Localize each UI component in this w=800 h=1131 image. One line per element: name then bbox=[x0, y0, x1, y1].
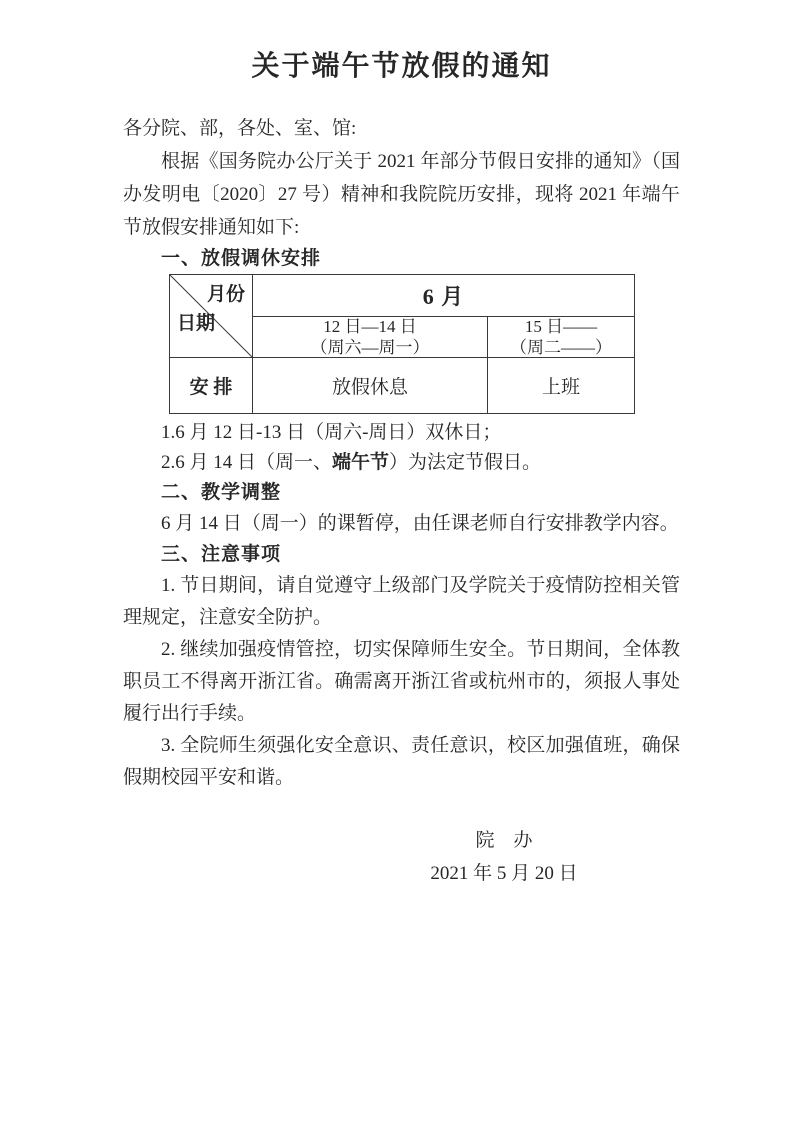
table-month-header-cell: 6 月 bbox=[253, 275, 634, 317]
table-arrangement1-cell: 放假休息 bbox=[253, 358, 488, 413]
date-range1-weekdays: （周六—周一） bbox=[311, 337, 430, 358]
date-range1-dates: 12 日—14 日 bbox=[323, 316, 417, 337]
signature-date: 2021 年 5 月 20 日 bbox=[404, 857, 604, 890]
signature-block: 院 办 2021 年 5 月 20 日 bbox=[404, 824, 604, 890]
intro-paragraph: 根据《国务院办公厅关于 2021 年部分节假日安排的通知》（国办发明电〔2020… bbox=[123, 145, 680, 244]
holiday-schedule-table: 月份 日期 6 月 12 日—14 日 （周六—周一） 15 日—— （周二——… bbox=[169, 274, 635, 414]
date-range2-dates: 15 日—— bbox=[525, 316, 597, 337]
section3-item3: 3. 全院师生须强化安全意识、责任意识，校区加强值班，确保假期校园平安和谐。 bbox=[123, 730, 680, 794]
corner-date-label: 日期 bbox=[177, 308, 215, 335]
section3-item1: 1. 节日期间，请自觉遵守上级部门及学院关于疫情防控相关管理规定，注意安全防护。 bbox=[123, 570, 680, 634]
table-date-range2-cell: 15 日—— （周二——） bbox=[488, 317, 634, 358]
section1-note2-prefix: 2.6 月 14 日（周一、 bbox=[161, 452, 332, 473]
document-page: 关于端午节放假的通知 各分院、部，各处、室、馆: 根据《国务院办公厅关于 202… bbox=[0, 0, 800, 1131]
section3-heading: 三、注意事项 bbox=[123, 540, 680, 570]
section1-note2-festival-name: 端午节 bbox=[332, 452, 389, 473]
table-arrangement2-cell: 上班 bbox=[488, 358, 634, 413]
section1-note2: 2.6 月 14 日（周一、端午节）为法定节假日。 bbox=[123, 448, 680, 478]
date-range2-weekdays: （周二——） bbox=[510, 337, 612, 358]
document-title: 关于端午节放假的通知 bbox=[123, 50, 680, 84]
section1-note2-suffix: ）为法定节假日。 bbox=[389, 452, 541, 473]
section2-heading: 二、教学调整 bbox=[123, 478, 680, 508]
section1-note1: 1.6 月 12 日-13 日（周六-周日）双休日； bbox=[123, 418, 680, 448]
table-date-range1-cell: 12 日—14 日 （周六—周一） bbox=[253, 317, 488, 358]
document-content: 关于端午节放假的通知 各分院、部，各处、室、馆: 根据《国务院办公厅关于 202… bbox=[0, 0, 800, 890]
table-corner-header-cell: 月份 日期 bbox=[170, 275, 253, 358]
section2-body: 6 月 14 日（周一）的课暂停，由任课老师自行安排教学内容。 bbox=[123, 508, 680, 540]
corner-month-label: 月份 bbox=[207, 279, 245, 306]
salutation-line: 各分院、部，各处、室、馆: bbox=[123, 112, 680, 145]
section1-heading: 一、放假调休安排 bbox=[123, 244, 680, 274]
section3-item2: 2. 继续加强疫情管控，切实保障师生安全。节日期间，全体教职员工不得离开浙江省。… bbox=[123, 634, 680, 730]
table-arrangement-row-label: 安 排 bbox=[170, 358, 253, 413]
signature-signer: 院 办 bbox=[404, 824, 604, 857]
